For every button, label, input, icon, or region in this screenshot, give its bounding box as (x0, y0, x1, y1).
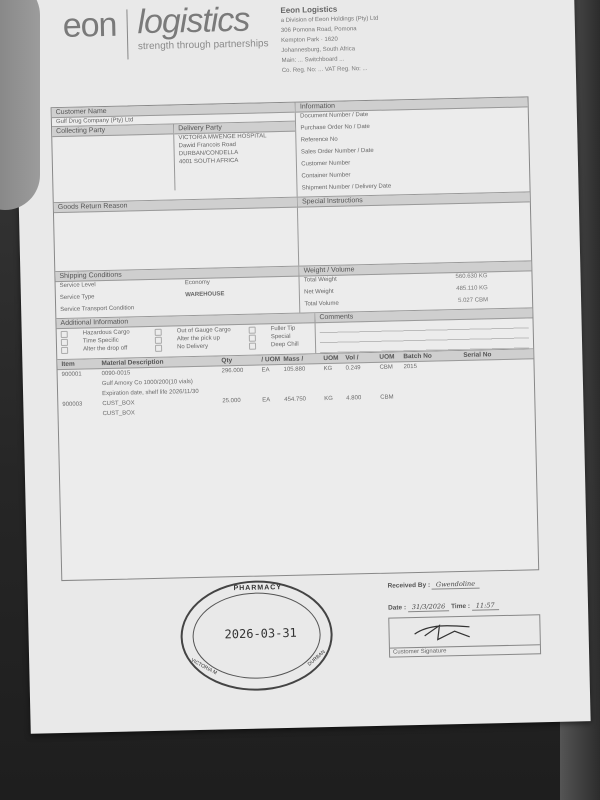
pharmacy-stamp: PHARMACY 2026-03-31 VICTORIA M DURBAN (179, 579, 333, 692)
customer-signature-label: Customer Signature (390, 644, 540, 656)
shipping-label: Service Transport Condition (60, 305, 134, 317)
checkbox[interactable] (249, 327, 256, 334)
info-label: Sales Order Number / Date (301, 148, 374, 160)
col-header: Material Description (101, 357, 221, 367)
col-header: Batch No (403, 352, 463, 360)
goods-return-value (54, 208, 299, 272)
col-header: Vol / (345, 354, 379, 362)
collecting-party-value (52, 134, 174, 193)
col-header: UOM (323, 355, 345, 362)
logo-eon: eon (62, 6, 117, 46)
shipping-value (185, 302, 295, 314)
shipping-label: Service Level (60, 282, 96, 293)
checkbox[interactable] (155, 329, 162, 336)
company-address: Eeon Logistics a Division of Eeon Holdin… (280, 4, 379, 76)
option-label: Alter the drop off (83, 345, 153, 354)
logo-tagline: strength through partnerships (138, 38, 269, 52)
weight-label: Total Weight (304, 277, 337, 288)
delivery-form: Customer Name Gulf Drug Company (Pty) Lt… (51, 96, 540, 581)
checkbox[interactable] (61, 331, 68, 338)
shipping-label: Service Type (60, 294, 95, 305)
time-value: 11:57 (472, 601, 499, 611)
time-label: Time : (451, 603, 470, 610)
logo-divider (126, 9, 128, 59)
checkbox[interactable] (155, 345, 162, 352)
signature-scribble (409, 618, 490, 644)
weight-value: 485.110 KG (456, 285, 488, 296)
weight-value: 5.027 CBM (458, 297, 488, 308)
logo-logistics: logistics (137, 2, 268, 39)
weight-value: 560.630 KG (455, 273, 487, 284)
company-line: Co. Reg. No: ... VAT Reg. No: ... (282, 64, 380, 76)
thumb (0, 0, 40, 210)
option-label: No Delivery (177, 343, 247, 352)
option-label: Deep Chill (271, 341, 311, 349)
checkbox[interactable] (155, 337, 162, 344)
info-label: Customer Number (301, 160, 350, 171)
delivery-party-line: 4001 SOUTH AFRICA (175, 156, 296, 167)
checkbox[interactable] (249, 335, 256, 342)
weight-label: Total Volume (304, 301, 339, 312)
special-instructions-value (298, 202, 531, 265)
info-label: Document Number / Date (300, 112, 368, 124)
col-header: Qty (221, 356, 261, 364)
col-header: Serial No (463, 351, 523, 359)
date-value: 31/3/2026 (408, 602, 450, 612)
stamp-top-text: PHARMACY (233, 584, 282, 592)
option-label: Fuller Tip (271, 325, 311, 333)
company-logo: eon logistics strength through partnersh… (62, 2, 269, 61)
signature-box: Customer Signature (388, 614, 541, 657)
stamp-date: 2026-03-31 (224, 626, 297, 642)
received-by-value: Gwendoline (432, 580, 479, 590)
option-label: Special (271, 333, 311, 341)
received-by-label: Received By : (387, 582, 430, 590)
items-table-body: 9000010090-0015296.000EA105.880KG0.249CB… (58, 359, 539, 580)
checkbox[interactable] (61, 347, 68, 354)
info-label: Purchase Order No / Date (300, 124, 370, 136)
info-label: Container Number (301, 172, 350, 183)
weight-label: Net Weight (304, 289, 334, 300)
col-header: Item (61, 360, 101, 368)
info-label: Shipment Number / Delivery Date (302, 183, 392, 195)
checkbox[interactable] (61, 339, 68, 346)
comments-lines (320, 318, 530, 353)
info-label: Reference No (301, 137, 338, 148)
delivery-note-paper: eon logistics strength through partnersh… (14, 0, 591, 734)
col-header: / UOM (261, 356, 283, 363)
col-header: UOM (379, 353, 403, 361)
date-label: Date : (388, 604, 406, 611)
col-header: Mass / (283, 355, 323, 363)
checkbox[interactable] (249, 343, 256, 350)
